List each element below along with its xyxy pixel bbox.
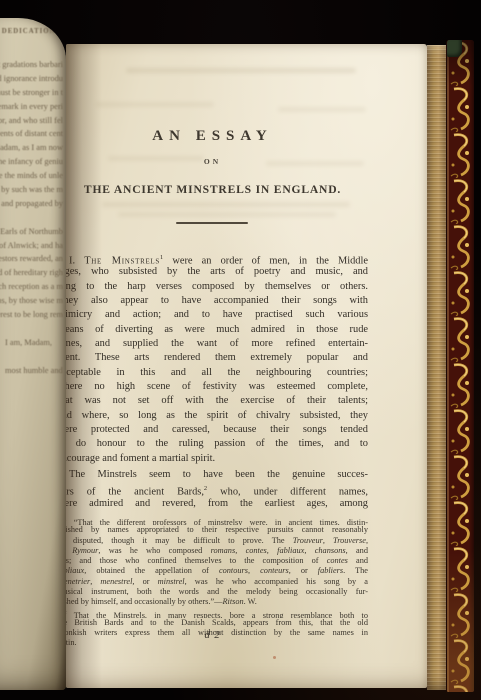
text-line: fabliaux, obtained the appellation of co… (66, 566, 368, 576)
show-through-line (96, 102, 214, 107)
text-line: or Rymour, was he who composed romans, c… (66, 546, 368, 556)
text-line: Ancestors rewarded, an (0, 252, 63, 266)
text-line: means of diverting as were much admired … (66, 323, 368, 337)
text-line: be disputed, though it may be difficult … (66, 536, 368, 546)
show-through-line (118, 212, 336, 217)
text-line: were admired and revered, from the earli… (66, 497, 368, 511)
text-line: where no high scene of festivity was est… (66, 380, 368, 394)
text-line: and where, so long as the spirit of chiv… (66, 409, 368, 423)
text-line: guished by names appropriated to their r… (66, 525, 368, 535)
text-line: The Minstrels seem to have been the genu… (66, 468, 368, 482)
text-line: ir interest to be long rem (0, 308, 63, 322)
text-line: the infancy of geniu (0, 155, 63, 169)
essay-subtitle: THE ANCIENT MINSTRELS IN ENGLAND. (66, 183, 368, 196)
text-line (0, 211, 63, 225)
text-line: ll of Alnwick; and ha (0, 239, 63, 253)
text-line: 1 “That the different professors of mins… (66, 515, 368, 525)
text-line: must be stronger in t (0, 86, 63, 100)
text-line: dits; and those who confined themselves … (66, 556, 368, 566)
footnote-1: 1 “That the different professors of mins… (66, 515, 368, 607)
show-through-line (278, 107, 366, 112)
text-line: musical instrument, both the words and t… (66, 587, 368, 597)
text-line: 2 That the Minstrels, in many respects, … (66, 608, 368, 618)
text-line: ment. These arts rendered them extremely… (66, 351, 368, 365)
text-line (0, 350, 63, 364)
page-fore-edge (427, 45, 446, 690)
text-line: times, and supplied the want of more ref… (66, 337, 368, 351)
text-line: Menetrier, menestrel, or minstrel, was h… (66, 577, 368, 587)
left-page-header: DEDICATION. (0, 28, 60, 35)
text-line: uch reception as a m (0, 280, 63, 294)
gutter-shadow (66, 44, 102, 688)
text-line: were the minds of unle (0, 169, 63, 183)
book-photo: DEDICATION. hat gradations barbariand ig… (0, 0, 481, 700)
signature-mark: d 2 (66, 630, 368, 641)
text-line: remark in every peri (0, 100, 63, 114)
title-connector: ON (66, 157, 368, 166)
text-line: that was not set off with the exercise o… (66, 394, 368, 408)
text-line: gd, by such was the m (0, 183, 63, 197)
right-page: AN ESSAY ON THE ANCIENT MINSTRELS IN ENG… (66, 44, 427, 688)
text-line: encourage and foment a martial spirit. (66, 452, 368, 466)
title-rule (176, 222, 248, 224)
text-line (0, 322, 63, 336)
text-line: hat gradations barbari (0, 58, 63, 72)
footnote-2: 2 That the Minstrels, in many respects, … (66, 608, 368, 649)
text-line: sang to the harp verses composed by them… (66, 280, 368, 294)
text-line: and ignorance introdu (0, 72, 63, 86)
text-line: nished by himself, and occasionally by o… (66, 597, 368, 607)
headband (447, 40, 462, 57)
show-through-line (102, 202, 350, 207)
paragraph-2: The Minstrels seem to have been the genu… (66, 468, 368, 511)
left-page-text: hat gradations barbariand ignorance intr… (0, 58, 63, 377)
page-speck (273, 656, 276, 659)
text-line: I. The Minstrels1 were an order of men, … (66, 251, 368, 265)
text-line: Ages, who subsisted by the arts of poetr… (66, 265, 368, 279)
text-line: ans, by those wise m (0, 294, 63, 308)
text-line: ruitor, and who still fel (0, 114, 63, 128)
text-line: to do honour to the ruling passion of th… (66, 437, 368, 451)
text-line: sors of the ancient Bards,2 who, under d… (66, 482, 368, 496)
text-line: were protected and caressed, because the… (66, 423, 368, 437)
text-line: acceptable in this and all the neighbour… (66, 366, 368, 380)
text-line: erved and propagated by (0, 197, 63, 211)
text-line: I am, Madam, (0, 336, 63, 350)
text-line: They also appear to have accompanied the… (66, 294, 368, 308)
gilt-binding (446, 40, 474, 692)
essay-title: AN ESSAY (66, 128, 368, 145)
text-line: Madam, as I am now (0, 141, 63, 155)
left-page: DEDICATION. hat gradations barbariand ig… (0, 18, 66, 690)
paragraph-1: I. The Minstrels1 were an order of men, … (66, 251, 368, 466)
text-line: d of hereditary righ (0, 266, 63, 280)
text-line: the Earls of Northumb (0, 225, 63, 239)
text-line: mimicry and action; and to have practise… (66, 308, 368, 322)
text-line: most humble and most obe (0, 364, 63, 378)
show-through-line (126, 68, 356, 73)
binding-sheen (447, 40, 474, 692)
text-line: the British Bards and to the Danish Scal… (66, 618, 368, 628)
text-line: d events of distant cent (0, 127, 63, 141)
